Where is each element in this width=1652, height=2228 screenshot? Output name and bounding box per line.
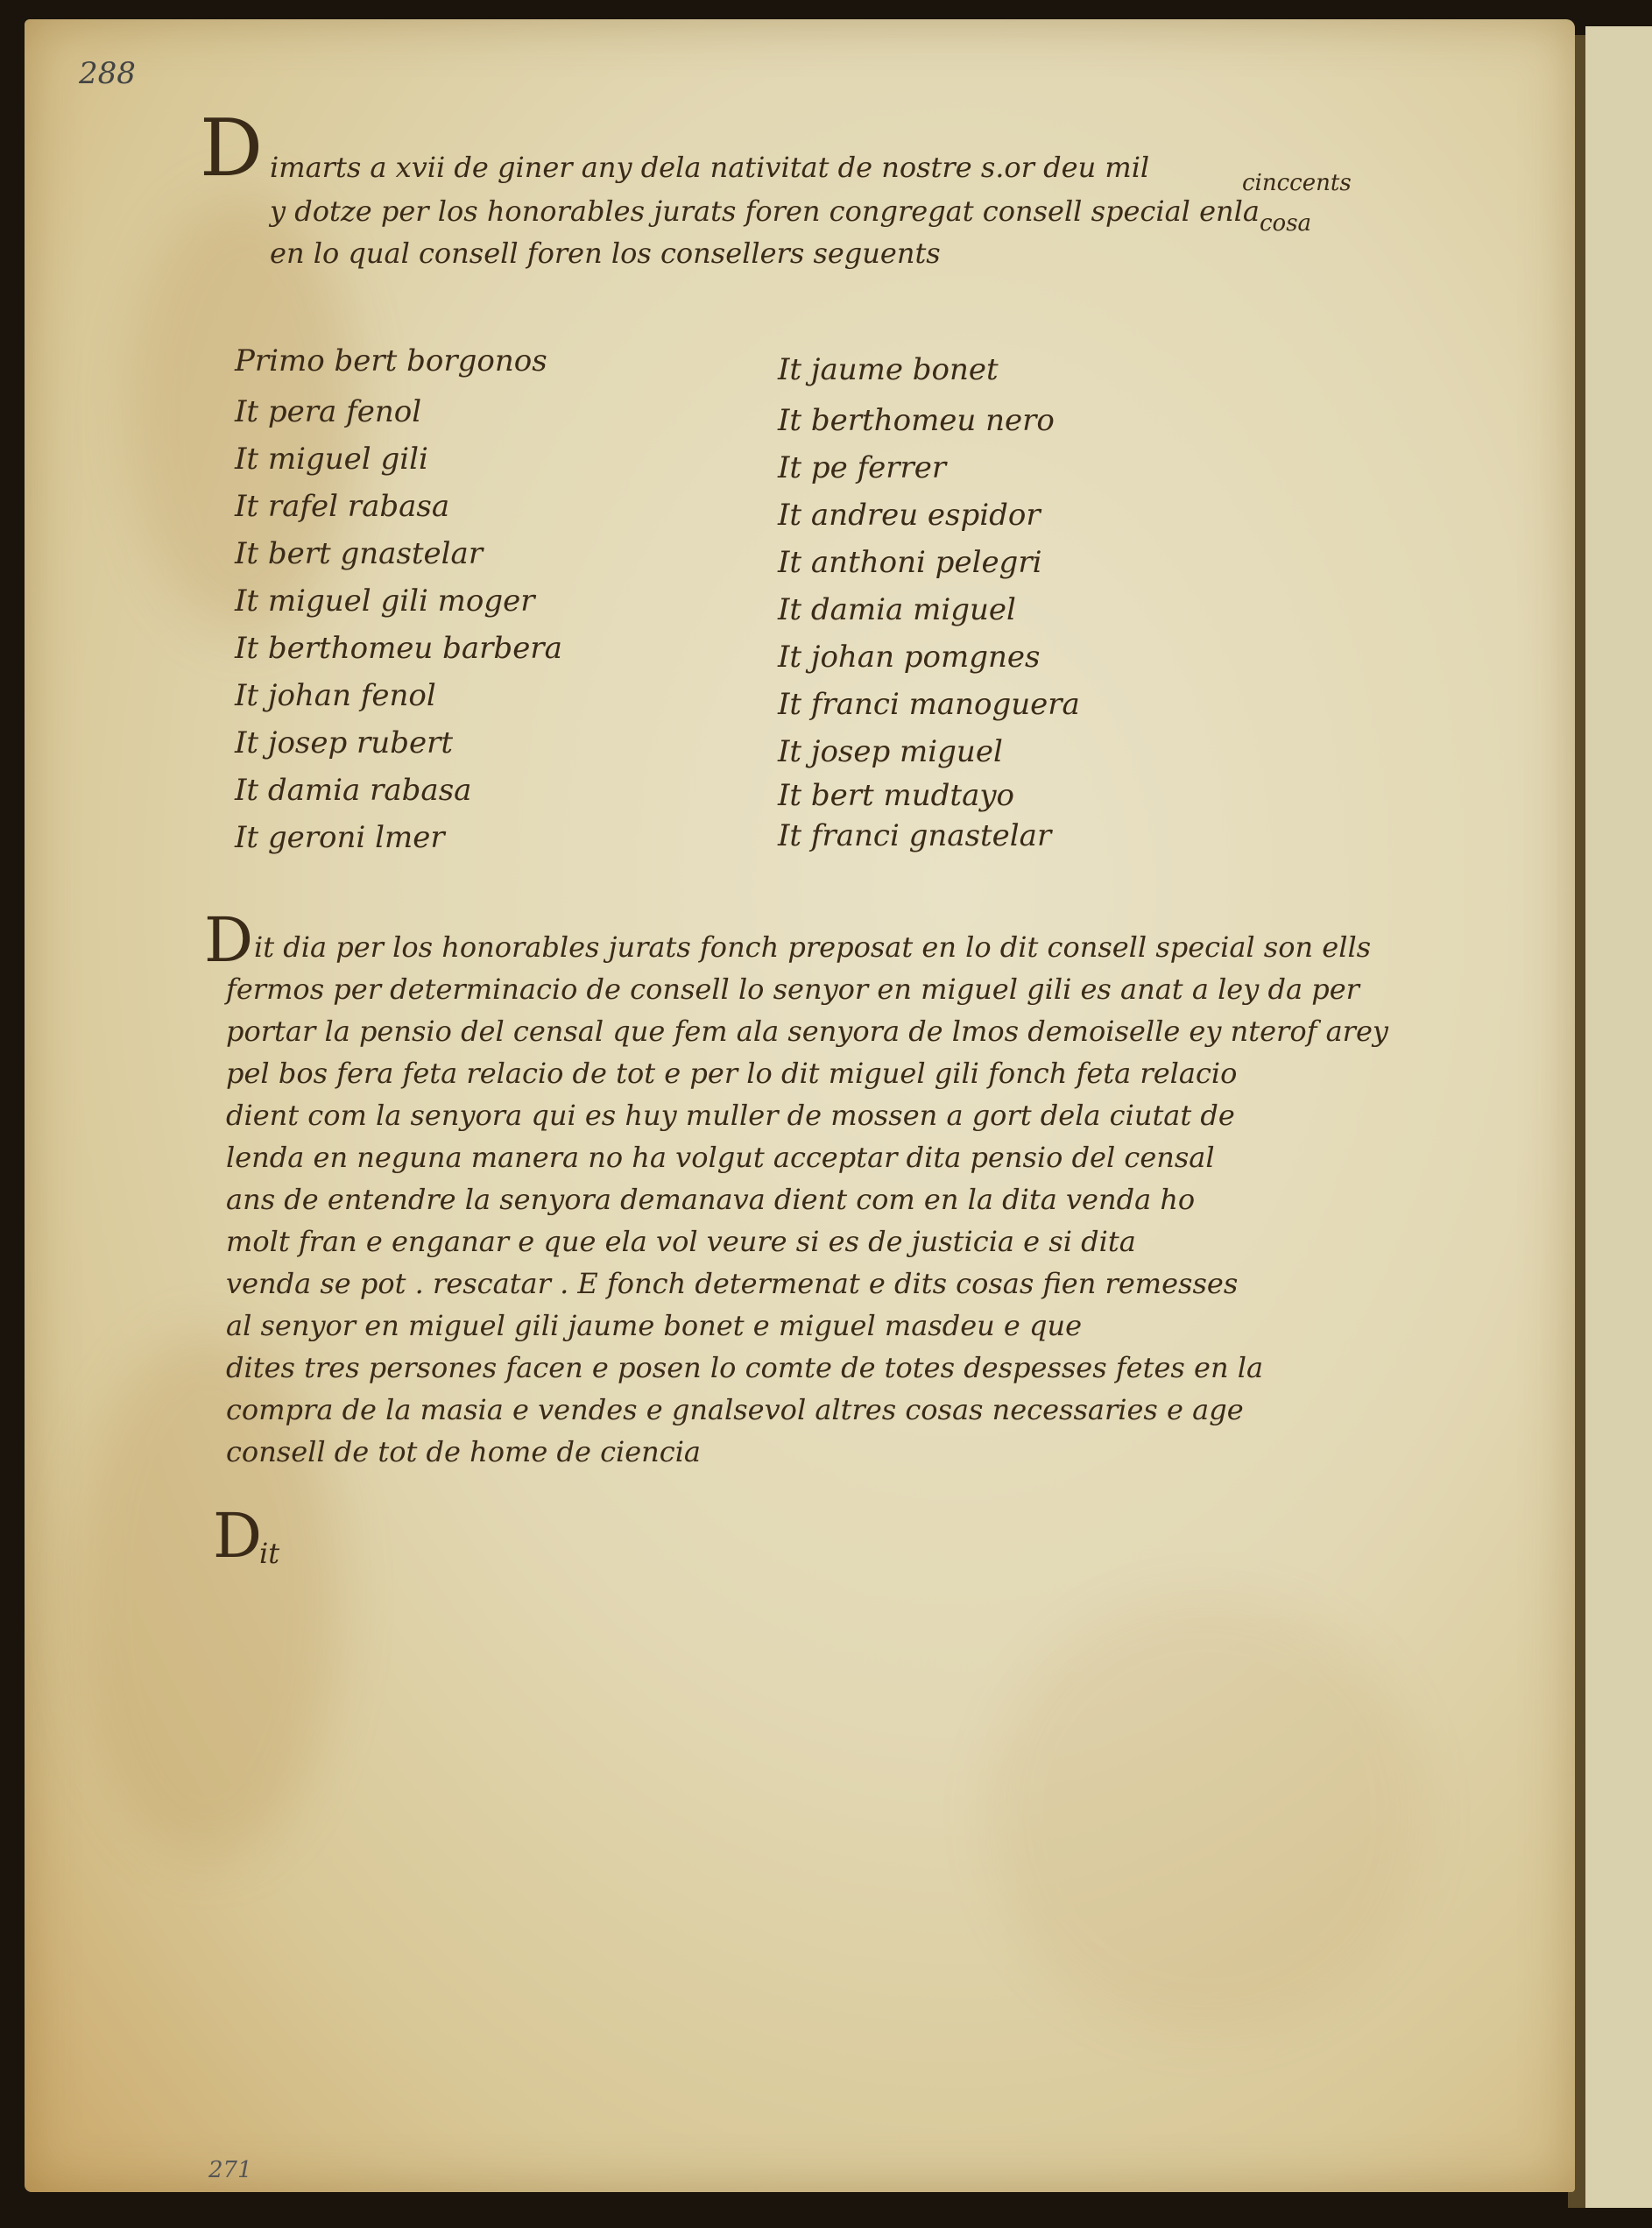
folio-number-top: 288 [79, 56, 136, 91]
header-line-3: en lo qual consell foren los consellers … [270, 237, 941, 270]
councillor-name: It andreu espidor [778, 498, 1041, 533]
councillor-name: It geroni lmer [235, 820, 445, 855]
paragraph-line: dites tres persones facen e posen lo com… [226, 1351, 1263, 1384]
councillor-name: It damia miguel [778, 592, 1016, 627]
paragraph-line: consell de tot de home de ciencia [226, 1435, 701, 1468]
folio-number-bottom: 271 [208, 2157, 252, 2183]
paragraph-line: portar la pensio del censal que fem ala … [226, 1015, 1388, 1048]
councillor-name: It anthoni pelegri [778, 545, 1041, 580]
trailing-text: it [259, 1537, 279, 1570]
councillor-name: It miguel gili moger [235, 584, 535, 619]
trailing-initial: D [213, 1500, 262, 1572]
councillor-name: It franci manoguera [778, 687, 1080, 722]
manuscript-page: 288 D imarts a xvii de giner any dela na… [25, 19, 1575, 2192]
paragraph-line: pel bos fera feta relacio de tot e per l… [226, 1057, 1237, 1090]
paragraph-line: lenda en neguna manera no ha volgut acce… [226, 1141, 1215, 1174]
header-line-2: y dotze per los honorables jurats foren … [270, 195, 1260, 228]
councillor-name: It rafel rabasa [235, 489, 449, 524]
councillor-name: It bert mudtayo [778, 778, 1014, 813]
councillor-name: It jaume bonet [778, 352, 999, 387]
councillor-name: Primo bert borgonos [235, 343, 547, 378]
marginal-note-2: cosa [1260, 210, 1311, 237]
paragraph-initial: D [204, 904, 253, 976]
paragraph-line: compra de la masia e vendes e gnalsevol … [226, 1393, 1244, 1426]
councillor-name: It berthomeu barbera [235, 631, 562, 666]
paragraph-line: dient com la senyora qui es huy muller d… [226, 1099, 1235, 1132]
councillor-name: It josep rubert [235, 725, 453, 760]
councillor-name: It berthomeu nero [778, 403, 1055, 438]
paragraph-line: it dia per los honorables jurats fonch p… [254, 930, 1371, 964]
councillor-name: It josep miguel [778, 734, 1003, 769]
councillor-name: It johan pomgnes [778, 640, 1041, 675]
councillor-name: It bert gnastelar [235, 536, 483, 571]
paragraph-line: fermos per determinacio de consell lo se… [226, 973, 1359, 1006]
paragraph-line: ans de entendre la senyora demanava dien… [226, 1183, 1195, 1216]
paragraph-line: venda se pot . rescatar . E fonch determ… [226, 1267, 1238, 1300]
header-line-1: imarts a xvii de giner any dela nativita… [270, 151, 1149, 184]
councillor-name: It miguel gili [235, 442, 428, 477]
marginal-note-1: cinccents [1242, 170, 1352, 196]
paragraph-line: molt fran e enganar e que ela vol veure … [226, 1225, 1136, 1258]
councillor-name: It damia rabasa [235, 773, 471, 808]
councillor-name: It pe ferrer [778, 450, 946, 485]
paragraph-line: al senyor en miguel gili jaume bonet e m… [226, 1309, 1082, 1342]
header-initial: D [200, 103, 263, 195]
councillor-name: It franci gnastelar [778, 818, 1051, 853]
adjacent-page-edge [1585, 26, 1652, 2208]
councillor-name: It johan fenol [235, 678, 436, 713]
councillor-name: It pera fenol [235, 394, 421, 429]
water-stain [988, 1596, 1426, 2034]
